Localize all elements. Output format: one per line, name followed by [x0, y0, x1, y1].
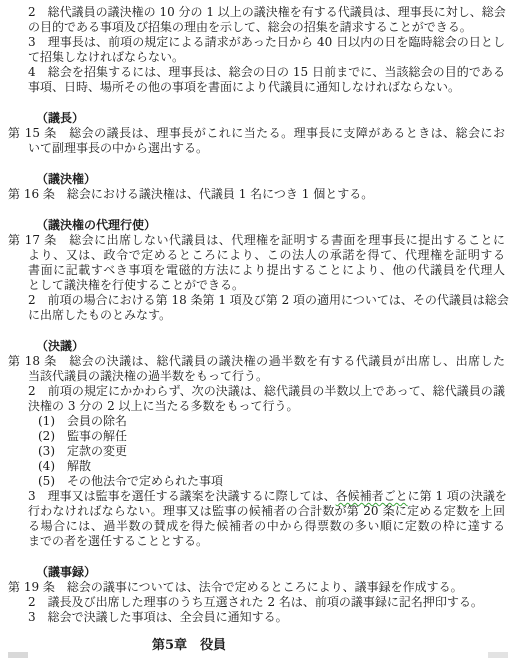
- clause-line: 2 議長及び出席した理事のうち互選された 2 名は、前項の議事録に記名押印する。: [28, 595, 505, 610]
- clause-line: 2 前項の規定にかかわらず、次の決議は、総代議員の半数以上であって、総代議員の議: [28, 384, 505, 399]
- continuation-line: 書面に記載すべき事項を電磁的方法により提出することにより、他の代議員を代理人: [28, 263, 505, 278]
- continuation-line: 行わなければならない。理事又は監事の候補者の合計数が第 20 条に定める定数を上…: [28, 504, 505, 519]
- page-edge-artifact-left: [8, 652, 28, 658]
- chapter-heading: 第5章 役員: [152, 638, 505, 653]
- clause-line: 3 理事又は監事を選任する議案を決議するに際しては、各候補者ごとに第 1 項の決…: [28, 489, 505, 504]
- section-heading: （決議）: [36, 339, 505, 354]
- list-item-line: (1) 会員の除名: [38, 414, 505, 429]
- section-heading: （議決権の代理行使）: [36, 218, 505, 233]
- list-item-line: (2) 監事の解任: [38, 429, 505, 444]
- continuation-line: る場合には、過半数の賛成を得た候補者の中から得票数の多い順に定数の枠に達する: [28, 519, 505, 534]
- continuation-line: より、又は、政令で定めるところにより、この法人の承諾を得て、代理権を証明する: [28, 248, 505, 263]
- clause-line: 3 理事長は、前項の規定による請求があった日から 40 日以内の日を臨時総会の日…: [28, 35, 505, 50]
- continuation-line: の目的である事項及び招集の理由を示して、総会の招集を請求することができる。: [28, 20, 505, 35]
- continuation-line: 決権の 3 分の 2 以上に当たる多数をもって行う。: [28, 399, 505, 414]
- continuation-line: 事項、日時、場所その他の事項を書面により代議員に通知しなければならない。: [28, 80, 505, 95]
- article-line: 第 19 条 総会の議事については、法令で定めるところにより、議事録を作成する。: [8, 580, 505, 595]
- document-page: 2 総代議員の議決権の 10 分の 1 以上の議決権を有する代議員は、理事長に対…: [0, 0, 512, 662]
- grammar-check-underline: 各候補者ごと: [336, 489, 408, 503]
- continuation-line: として議決権を行使することができる。: [28, 278, 505, 293]
- page-edge-artifact-right: [488, 652, 508, 658]
- continuation-line: 当該代議員の議決権の過半数をもって行う。: [28, 369, 505, 384]
- list-item-line: (5) その他法令で定められた事項: [38, 474, 505, 489]
- article-line: 第 18 条 総会の決議は、総代議員の議決権の過半数を有する代議員が出席し、出席…: [8, 354, 505, 369]
- clause-line: 4 総会を招集するには、理事長は、総会の日の 15 日前までに、当該総会の目的で…: [28, 65, 505, 80]
- continuation-line: て招集しなければならない。: [28, 50, 505, 65]
- document-body: 2 総代議員の議決権の 10 分の 1 以上の議決権を有する代議員は、理事長に対…: [0, 5, 512, 653]
- continuation-line: に出席したものとみなす。: [28, 308, 505, 323]
- section-heading: （議決権）: [36, 172, 505, 187]
- continuation-line: までの者を選任することとする。: [28, 534, 505, 549]
- clause-line: 2 前項の場合における第 18 条第 1 項及び第 2 項の適用については、その…: [28, 293, 505, 308]
- section-heading: （議事録）: [36, 565, 505, 580]
- list-item-line: (4) 解散: [38, 459, 505, 474]
- clause-line: 3 総会で決議した事項は、全会員に通知する。: [28, 610, 505, 625]
- list-item-line: (3) 定款の変更: [38, 444, 505, 459]
- clause-line: 2 総代議員の議決権の 10 分の 1 以上の議決権を有する代議員は、理事長に対…: [28, 5, 505, 20]
- article-line: 第 15 条 総会の議長は、理事長がこれに当たる。理事長に支障があるときは、総会…: [8, 126, 505, 141]
- article-line: 第 16 条 総会における議決権は、代議員 1 名につき 1 個とする。: [8, 187, 505, 202]
- continuation-line: いて副理事長の中から選出する。: [28, 141, 505, 156]
- article-line: 第 17 条 総会に出席しない代議員は、代理権を証明する書面を理事長に提出するこ…: [8, 233, 505, 248]
- section-heading: （議長）: [36, 111, 505, 126]
